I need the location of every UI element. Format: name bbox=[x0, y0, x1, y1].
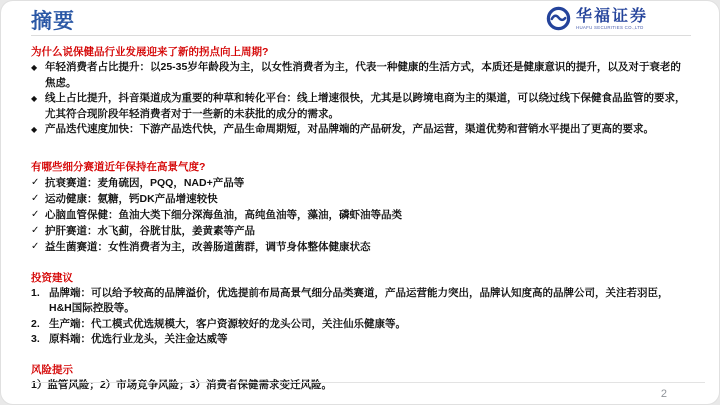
check-item: ✓ 运动健康：氨糖，钙DK产品增速较快 bbox=[31, 191, 691, 207]
check-item: ✓ 抗衰赛道：麦角硫因，PQQ，NAD+产品等 bbox=[31, 175, 691, 191]
company-logo: 华福证券 HUAFU SECURITIES CO.,LTD bbox=[546, 6, 699, 36]
bullet-item: ◆ 年轻消费者占比提升：以25-35岁年龄段为主，以女性消费者为主，代表一种健康… bbox=[31, 60, 691, 91]
check-item: ✓ 护肝赛道：水飞蓟，谷胱甘肽，姜黄素等产品 bbox=[31, 223, 691, 239]
section-heading: 有哪些细分赛道近年保持在高景气度? bbox=[31, 160, 691, 175]
check-text: 运动健康：氨糖，钙DK产品增速较快 bbox=[45, 191, 691, 207]
check-item: ✓ 益生菌赛道：女性消费者为主，改善肠道菌群，调节身体整体健康状态 bbox=[31, 239, 691, 255]
bullet-text: 产品迭代速度加快：下游产品迭代快，产品生命周期短，对品牌端的产品研发，产品运营，… bbox=[45, 122, 691, 138]
check-text: 护肝赛道：水飞蓟，谷胱甘肽，姜黄素等产品 bbox=[45, 223, 691, 239]
check-text: 心脑血管保健：鱼油大类下细分深海鱼油，高纯鱼油等，藻油，磷虾油等品类 bbox=[45, 207, 691, 223]
bullet-item: ◆ 线上占比提升，抖音渠道成为重要的种草和转化平台：线上增速很快，尤其是以跨境电… bbox=[31, 91, 691, 122]
numbered-item: 1. 品牌端：可以给予较高的品牌溢价，优选提前布局高景气细分品类赛道，产品运营能… bbox=[31, 286, 691, 317]
numbered-text: 品牌端：可以给予较高的品牌溢价，优选提前布局高景气细分品类赛道，产品运营能力突出… bbox=[49, 286, 691, 317]
section-industry-turning-point: 为什么说保健品行业发展迎来了新的拐点向上周期? ◆ 年轻消费者占比提升：以25-… bbox=[31, 45, 691, 138]
check-text: 益生菌赛道：女性消费者为主，改善肠道菌群，调节身体整体健康状态 bbox=[45, 239, 691, 255]
section-investment-advice: 投资建议 1. 品牌端：可以给予较高的品牌溢价，优选提前布局高景气细分品类赛道，… bbox=[31, 271, 691, 348]
diamond-bullet-icon: ◆ bbox=[31, 122, 45, 138]
numbered-item: 2. 生产端：代工模式优选规模大，客户资源较好的龙头公司，关注仙乐健康等。 bbox=[31, 317, 691, 333]
item-number: 2. bbox=[31, 317, 49, 333]
page-number: 2 bbox=[661, 388, 667, 400]
logo-text: 华福证券 HUAFU SECURITIES CO.,LTD bbox=[576, 8, 699, 34]
section-risk-warning: 风险提示 1）监管风险；2）市场竞争风险；3）消费者保健需求变迁风险。 bbox=[31, 363, 691, 394]
check-icon: ✓ bbox=[31, 191, 45, 207]
slide: 摘要 华福证券 HUAFU SECURITIES CO.,LTD 为什么说保健品… bbox=[1, 1, 719, 404]
risk-text: 1）监管风险；2）市场竞争风险；3）消费者保健需求变迁风险。 bbox=[31, 378, 691, 394]
section-high-growth-segments: 有哪些细分赛道近年保持在高景气度? ✓ 抗衰赛道：麦角硫因，PQQ，NAD+产品… bbox=[31, 160, 691, 255]
numbered-text: 生产端：代工模式优选规模大，客户资源较好的龙头公司，关注仙乐健康等。 bbox=[49, 317, 691, 333]
company-name-en: HUAFU SECURITIES CO.,LTD bbox=[576, 25, 644, 30]
bullet-text: 年轻消费者占比提升：以25-35岁年龄段为主，以女性消费者为主，代表一种健康的生… bbox=[45, 60, 691, 91]
huafu-logo-icon bbox=[546, 6, 571, 36]
check-icon: ✓ bbox=[31, 207, 45, 223]
section-heading: 投资建议 bbox=[31, 271, 691, 286]
section-heading: 风险提示 bbox=[31, 363, 691, 378]
item-number: 3. bbox=[31, 332, 49, 348]
section-heading: 为什么说保健品行业发展迎来了新的拐点向上周期? bbox=[31, 45, 691, 60]
bullet-text: 线上占比提升，抖音渠道成为重要的种草和转化平台：线上增速很快，尤其是以跨境电商为… bbox=[45, 91, 691, 122]
numbered-text: 原料端：优选行业龙头，关注金达威等 bbox=[49, 332, 691, 348]
item-number: 1. bbox=[31, 286, 49, 302]
numbered-item: 3. 原料端：优选行业龙头，关注金达威等 bbox=[31, 332, 691, 348]
check-item: ✓ 心脑血管保健：鱼油大类下细分深海鱼油，高纯鱼油等，藻油，磷虾油等品类 bbox=[31, 207, 691, 223]
check-icon: ✓ bbox=[31, 175, 45, 191]
bullet-item: ◆ 产品迭代速度加快：下游产品迭代快，产品生命周期短，对品牌端的产品研发，产品运… bbox=[31, 122, 691, 138]
company-name-cn: 华福证券 bbox=[576, 8, 699, 25]
check-icon: ✓ bbox=[31, 223, 45, 239]
diamond-bullet-icon: ◆ bbox=[31, 60, 45, 76]
footer-divider bbox=[31, 382, 705, 383]
diamond-bullet-icon: ◆ bbox=[31, 91, 45, 107]
check-text: 抗衰赛道：麦角硫因，PQQ，NAD+产品等 bbox=[45, 175, 691, 191]
slide-header: 摘要 华福证券 HUAFU SECURITIES CO.,LTD bbox=[31, 9, 691, 36]
check-icon: ✓ bbox=[31, 239, 45, 255]
